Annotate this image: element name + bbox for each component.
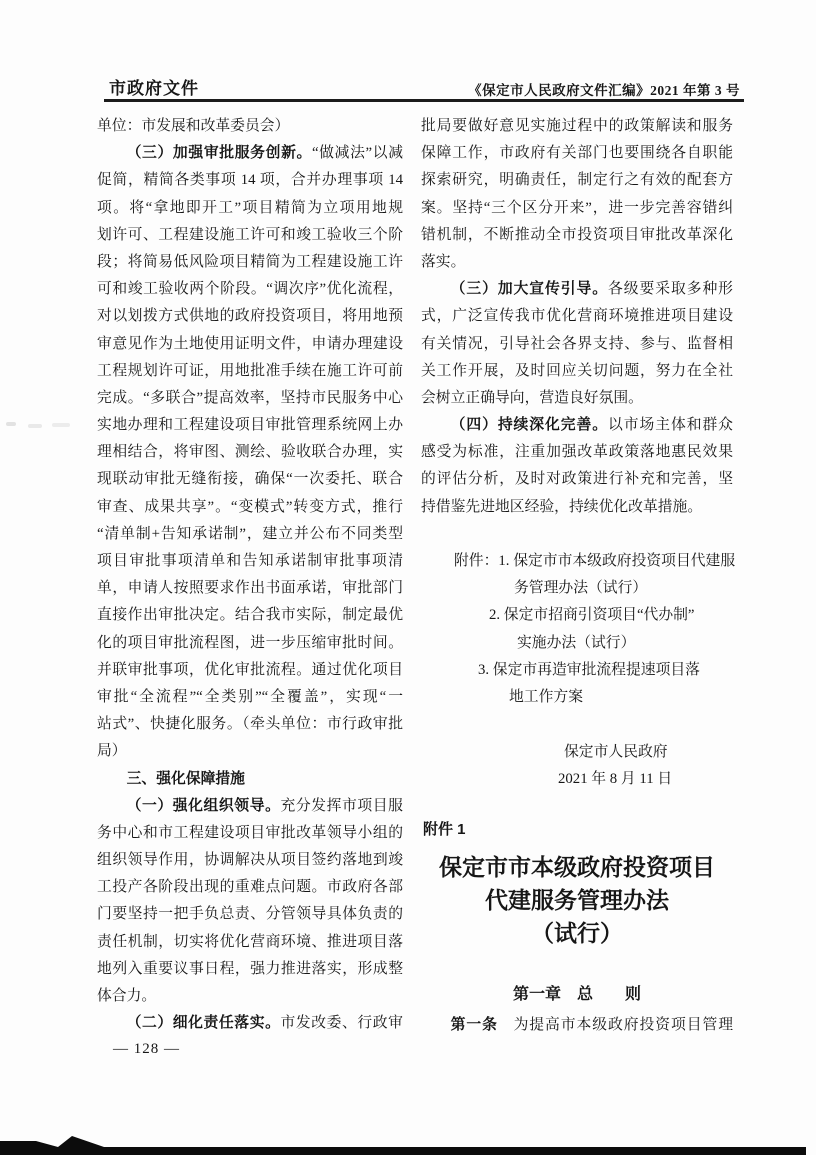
body-text: 错机制，不断推动全市投资项目审批改革深化 — [421, 227, 733, 243]
text-line: 局） — [97, 738, 403, 765]
body-text: 可和竣工验收两个阶段。“调次序”优化流程， — [97, 281, 403, 297]
chapter-heading: 第一章 总 则 — [421, 981, 733, 1004]
text-line: （试行） — [421, 917, 733, 950]
compilation-issue-header: 《保定市人民政府文件汇编》2021 年第 3 号 — [468, 79, 740, 99]
text-line: 附件：1. 保定市市本级政府投资项目代建服 — [421, 548, 733, 575]
text-line: 责任机制，切实将优化营商环境、推进项目落 — [97, 929, 403, 956]
text-line: “清单制+告知承诺制”，建立并公布不同类型 — [97, 521, 403, 548]
text-line: 促简，精简各类事项 14 项，合并办理事项 14 — [97, 167, 403, 194]
body-text: 探索研究，明确责任，制定行之有效的配套方 — [421, 172, 733, 188]
scan-edge-artifact — [0, 1131, 816, 1155]
body-text: 保定市人民政府 — [564, 744, 668, 760]
text-line: 审批“全流程”“全类别”“全覆盖”，实现“一 — [97, 684, 403, 711]
text-line: 门要坚持一把手负总责、分管领导具体负责的 — [97, 901, 403, 928]
body-text: 直接作出审批决定。结合我市实际，制定最优 — [97, 607, 403, 623]
body-text: “清单制+告知承诺制”，建立并公布不同类型 — [97, 526, 403, 542]
text-line: 批局要做好意见实施过程中的政策解读和服务 — [421, 113, 733, 140]
text-line: （一）强化组织领导。充分发挥市项目服 — [97, 793, 403, 820]
text-line: 错机制，不断推动全市投资项目审批改革深化 — [421, 222, 733, 249]
body-text: 会树立正确导向，营造良好氛围。 — [421, 390, 643, 406]
body-text: 门要坚持一把手负总责、分管领导具体负责的 — [97, 906, 403, 922]
signature-block: 保定市人民政府2021 年 8 月 11 日 — [421, 739, 733, 793]
body-text: 理相结合，将审图、测绘、验收联合办理，实 — [97, 444, 403, 460]
body-text: 站式”、快捷化服务。（牵头单位：市行政审批 — [97, 716, 403, 732]
body-text: 持借鉴先进地区经验，持续优化改革措施。 — [421, 499, 702, 515]
article-first-line: 第一条 为提高市本级政府投资项目管理 — [421, 1012, 733, 1039]
text-line: 的评估分析，及时对政策进行补充和完善，坚 — [421, 466, 733, 493]
body-text: 附件：1. 保定市市本级政府投资项目代建服 — [454, 553, 735, 569]
emphasis-text: （二）细化责任落实。 — [127, 1015, 281, 1031]
body-text: 项目审批事项清单和告知承诺制审批事项清 — [97, 553, 403, 569]
text-line: （二）细化责任落实。市发改委、行政审 — [97, 1010, 403, 1037]
body-text: 关工作开展，及时回应关切问题，努力在全社 — [421, 363, 733, 379]
header-divider — [104, 99, 744, 102]
text-line: 持借鉴先进地区经验，持续优化改革措施。 — [421, 494, 733, 521]
attachment-list: 附件：1. 保定市市本级政府投资项目代建服务管理办法（试行）2. 保定市招商引资… — [421, 548, 733, 711]
text-line: 2. 保定市招商引资项目“代办制” — [421, 602, 733, 629]
body-text: 充分发挥市项目服 — [280, 798, 403, 814]
text-line: 保定市人民政府 — [421, 739, 733, 766]
text-line: 保定市市本级政府投资项目 — [421, 851, 733, 884]
text-line: 审意见作为土地使用证明文件，申请办理建设 — [97, 331, 403, 358]
body-text: “做减法”以减 — [312, 145, 403, 161]
text-line: 理相结合，将审图、测绘、验收联合办理，实 — [97, 439, 403, 466]
text-line: 地工作方案 — [421, 684, 733, 711]
text-line: 有关情况，引导社会各界支持、参与、监督相 — [421, 331, 733, 358]
right-text-column: 批局要做好意见实施过程中的政策解读和服务保障工作，市政府有关部门也要围绕各自职能… — [421, 113, 733, 521]
text-line: 单，申请人按照要求作出书面承诺，审批部门 — [97, 575, 403, 602]
body-text: 划许可、工程建设施工许可和竣工验收三个阶 — [97, 227, 403, 243]
text-line: 务管理办法（试行） — [421, 575, 733, 602]
text-line: 对以划拨方式供地的政府投资项目，将用地预 — [97, 303, 403, 330]
body-text: 批局要做好意见实施过程中的政策解读和服务 — [421, 118, 733, 134]
text-line: 工投产各阶段出现的重难点问题。市政府各部 — [97, 874, 403, 901]
emphasis-text: 代建服务管理办法 — [485, 887, 669, 913]
text-line: 会树立正确导向，营造良好氛围。 — [421, 385, 733, 412]
emphasis-text: 三、强化保障措施 — [127, 771, 245, 787]
text-line: 3. 保定市再造审批流程提速项目落 — [421, 657, 733, 684]
body-text: 地列入重要议事日程，强力推进落实，形成整 — [97, 961, 403, 977]
body-text: 审意见作为土地使用证明文件，申请办理建设 — [97, 336, 403, 352]
emphasis-text: 保定市市本级政府投资项目 — [439, 854, 715, 880]
body-text: 务中心和市工程建设项目审批改革领导小组的 — [97, 825, 403, 841]
body-text: 工投产各阶段出现的重难点问题。市政府各部 — [97, 879, 403, 895]
text-line: 落实。 — [421, 249, 733, 276]
body-text: 并联审批事项，优化审批流程。通过优化项目 — [97, 662, 403, 678]
body-text: 的评估分析，及时对政策进行补充和完善，坚 — [421, 471, 733, 487]
page-number: — 128 — — [113, 1041, 180, 1058]
body-text: 现联动审批无缝衔接，确保“一次委托、联合 — [97, 471, 403, 487]
text-line: 现联动审批无缝衔接，确保“一次委托、联合 — [97, 466, 403, 493]
body-text: 2. 保定市招商引资项目“代办制” — [489, 607, 695, 623]
body-text: 局） — [97, 743, 127, 759]
text-line: 并联审批事项，优化审批流程。通过优化项目 — [97, 657, 403, 684]
text-line: 2021 年 8 月 11 日 — [421, 766, 733, 793]
body-text: 组织领导作用，协调解决从项目签约落地到竣 — [97, 852, 403, 868]
body-text: 实地办理和工程建设项目审批管理系统网上办 — [97, 417, 403, 433]
body-text: 单，申请人按照要求作出书面承诺，审批部门 — [97, 580, 403, 596]
text-line: （四）持续深化完善。以市场主体和群众 — [421, 412, 733, 439]
text-line: 可和竣工验收两个阶段。“调次序”优化流程， — [97, 276, 403, 303]
emphasis-text: 第一条 — [451, 1017, 498, 1033]
body-text: 地工作方案 — [509, 689, 583, 705]
text-line: 地列入重要议事日程，强力推进落实，形成整 — [97, 956, 403, 983]
text-line: 段；将简易低风险项目精简为工程建设施工许 — [97, 249, 403, 276]
text-line: （三）加强审批服务创新。“做减法”以减 — [97, 140, 403, 167]
text-line: 保障工作，市政府有关部门也要围绕各自职能 — [421, 140, 733, 167]
body-text: 审查、成果共享”。“变模式”转变方式，推行 — [97, 499, 403, 515]
body-text: 务管理办法（试行） — [514, 580, 647, 596]
text-line: 实施办法（试行） — [421, 630, 733, 657]
text-line: 实地办理和工程建设项目审批管理系统网上办 — [97, 412, 403, 439]
body-text: 为提高市本级政府投资项目管理 — [498, 1017, 733, 1033]
body-text: 3. 保定市再造审批流程提速项目落 — [478, 662, 700, 678]
text-line: 工程规划许可证，用地批准手续在施工许可前 — [97, 358, 403, 385]
text-line: （三）加大宣传引导。各级要采取多种形 — [421, 276, 733, 303]
scan-smudge — [52, 423, 70, 427]
body-text: 完成。“多联合”提高效率，坚持市民服务中心 — [97, 390, 403, 406]
body-text: 以市场主体和群众 — [608, 417, 733, 433]
emphasis-text: （一）强化组织领导。 — [127, 798, 281, 814]
text-line: 关工作开展，及时回应关切问题，努力在全社 — [421, 358, 733, 385]
body-text: 各级要采取多种形 — [608, 281, 733, 297]
emphasis-text: （四）持续深化完善。 — [451, 417, 608, 433]
body-text: 段；将简易低风险项目精简为工程建设施工许 — [97, 254, 403, 270]
body-text: 单位：市发展和改革委员会） — [97, 118, 289, 134]
annex-label: 附件 1 — [423, 818, 466, 839]
text-line: 化的项目审批流程图，进一步压缩审批时间。 — [97, 630, 403, 657]
body-text: 案。坚持“三个区分开来”，进一步完善容错纠 — [421, 200, 733, 216]
scan-smudge — [6, 422, 16, 426]
scan-smudge — [28, 424, 42, 428]
body-text: 实施办法（试行） — [517, 635, 635, 651]
text-line: 体合力。 — [97, 983, 403, 1010]
text-line: 感受为标准，注重加强改革政策落地惠民效果 — [421, 439, 733, 466]
body-text: 2021 年 8 月 11 日 — [558, 771, 672, 787]
body-text: 式，广泛宣传我市优化营商环境推进项目建设 — [421, 308, 733, 324]
text-line: 务中心和市工程建设项目审批改革领导小组的 — [97, 820, 403, 847]
scanned-page: 市政府文件 《保定市人民政府文件汇编》2021 年第 3 号 单位：市发展和改革… — [0, 0, 816, 1155]
text-line: 项。将“拿地即开工”项目精简为立项用地规 — [97, 195, 403, 222]
body-text: 责任机制，切实将优化营商环境、推进项目落 — [97, 934, 403, 950]
text-line: 完成。“多联合”提高效率，坚持市民服务中心 — [97, 385, 403, 412]
body-text: 体合力。 — [97, 988, 156, 1004]
emphasis-text: （三）加强审批服务创新。 — [127, 145, 312, 161]
text-line: 组织领导作用，协调解决从项目签约落地到竣 — [97, 847, 403, 874]
body-text: 项。将“拿地即开工”项目精简为立项用地规 — [97, 200, 403, 216]
text-line: 三、强化保障措施 — [97, 766, 403, 793]
text-line: 探索研究，明确责任，制定行之有效的配套方 — [421, 167, 733, 194]
left-text-column: 单位：市发展和改革委员会）（三）加强审批服务创新。“做减法”以减促简，精简各类事… — [97, 113, 403, 1037]
annex-document-title: 保定市市本级政府投资项目代建服务管理办法（试行） — [421, 851, 733, 950]
body-text: 对以划拨方式供地的政府投资项目，将用地预 — [97, 308, 403, 324]
text-line: 划许可、工程建设施工许可和竣工验收三个阶 — [97, 222, 403, 249]
text-line: 单位：市发展和改革委员会） — [97, 113, 403, 140]
body-text: 感受为标准，注重加强改革政策落地惠民效果 — [421, 444, 733, 460]
body-text: 保障工作，市政府有关部门也要围绕各自职能 — [421, 145, 733, 161]
text-line: 代建服务管理办法 — [421, 884, 733, 917]
body-text: 促简，精简各类事项 14 项，合并办理事项 14 — [97, 172, 403, 188]
emphasis-text: （三）加大宣传引导。 — [451, 281, 608, 297]
text-line: 式，广泛宣传我市优化营商环境推进项目建设 — [421, 303, 733, 330]
text-line: 审查、成果共享”。“变模式”转变方式，推行 — [97, 494, 403, 521]
body-text: 有关情况，引导社会各界支持、参与、监督相 — [421, 336, 733, 352]
body-text: 市发改委、行政审 — [280, 1015, 403, 1031]
body-text: 落实。 — [421, 254, 465, 270]
body-text: 审批“全流程”“全类别”“全覆盖”，实现“一 — [97, 689, 403, 705]
text-line: 站式”、快捷化服务。（牵头单位：市行政审批 — [97, 711, 403, 738]
body-text: 工程规划许可证，用地批准手续在施工许可前 — [97, 363, 403, 379]
text-line: 案。坚持“三个区分开来”，进一步完善容错纠 — [421, 195, 733, 222]
text-line: 第一条 为提高市本级政府投资项目管理 — [421, 1012, 733, 1039]
document-category-header: 市政府文件 — [109, 74, 199, 99]
body-text: 化的项目审批流程图，进一步压缩审批时间。 — [97, 635, 403, 651]
text-line: 直接作出审批决定。结合我市实际，制定最优 — [97, 602, 403, 629]
text-line: 项目审批事项清单和告知承诺制审批事项清 — [97, 548, 403, 575]
emphasis-text: （试行） — [531, 920, 623, 946]
